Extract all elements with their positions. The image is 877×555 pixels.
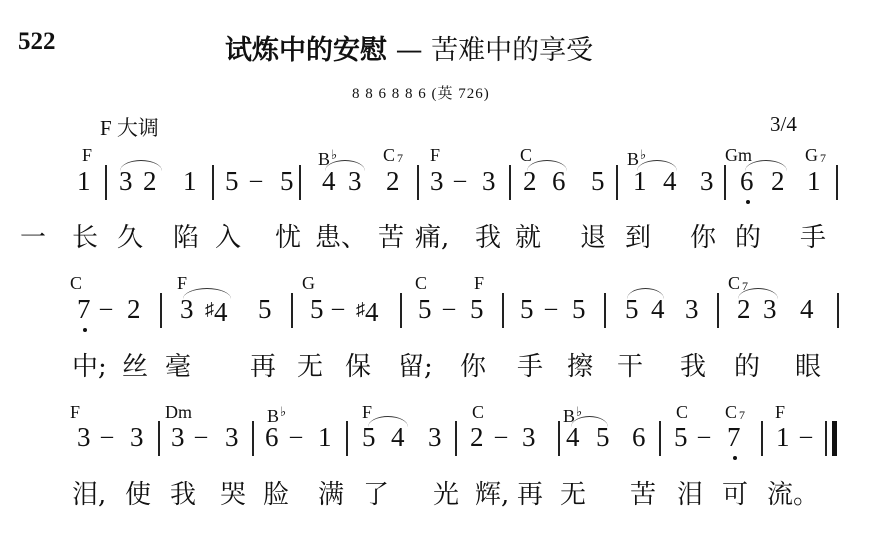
hold-dash: – bbox=[195, 423, 207, 450]
slur bbox=[120, 160, 162, 171]
time-signature: 3/4 bbox=[770, 112, 797, 137]
note-numeral: 3 bbox=[428, 424, 442, 451]
note-numeral: 3 bbox=[171, 424, 185, 451]
note-numeral: 3 bbox=[180, 296, 194, 323]
lyric-syllable: 一 bbox=[20, 224, 46, 252]
lyric-syllable: 保 bbox=[345, 353, 371, 381]
hold-dash: – bbox=[250, 167, 262, 194]
note-numeral: 6 bbox=[632, 424, 646, 451]
note-numeral: 1 bbox=[776, 424, 790, 451]
note-numeral: 2 bbox=[771, 168, 785, 195]
hold-dash: – bbox=[443, 295, 455, 322]
low-octave-dot bbox=[733, 456, 737, 460]
lyric-syllable: 入 bbox=[215, 224, 241, 252]
note-numeral: 5 bbox=[674, 424, 688, 451]
note-numeral: 1 bbox=[807, 168, 821, 195]
hold-dash: – bbox=[545, 295, 557, 322]
chord-extension: 7 bbox=[397, 151, 403, 165]
hold-dash: – bbox=[100, 295, 112, 322]
slur bbox=[627, 288, 664, 299]
final-barline-thin bbox=[825, 421, 827, 456]
barline bbox=[509, 165, 511, 200]
note-numeral: 6 bbox=[265, 424, 279, 451]
hold-dash: – bbox=[495, 423, 507, 450]
note-numeral: 7 bbox=[77, 296, 91, 323]
note-numeral: 5 bbox=[418, 296, 432, 323]
flat-sign: ♭ bbox=[640, 147, 646, 162]
flat-sign: ♭ bbox=[280, 404, 286, 419]
key-signature: F 大调 bbox=[100, 112, 159, 142]
lyric-syllable: 我 bbox=[170, 481, 196, 509]
barline bbox=[299, 165, 301, 200]
chord-symbol: G bbox=[302, 274, 315, 292]
note-numeral: 5 bbox=[470, 296, 484, 323]
lyric-syllable: 退 bbox=[580, 224, 606, 252]
note-numeral: 7 bbox=[727, 424, 741, 451]
lyric-syllable: 干 bbox=[617, 353, 643, 381]
lyric-syllable: 丝 bbox=[122, 353, 148, 381]
lyric-syllable: 使 bbox=[125, 481, 151, 509]
barline bbox=[455, 421, 457, 456]
lyric-syllable: 的 bbox=[734, 353, 760, 381]
barline bbox=[417, 165, 419, 200]
lyric-syllable: 无 bbox=[297, 353, 323, 381]
note-numeral: 1 bbox=[183, 168, 197, 195]
hold-dash: – bbox=[332, 295, 344, 322]
barline bbox=[604, 293, 606, 328]
note-numeral: 6 bbox=[552, 168, 566, 195]
barline bbox=[346, 421, 348, 456]
flat-sign: ♭ bbox=[331, 147, 337, 162]
note-numeral: ♯4 bbox=[205, 296, 228, 326]
lyric-syllable: 留; bbox=[398, 353, 433, 381]
lyric-syllable: 到 bbox=[625, 224, 651, 252]
note-numeral: ♯4 bbox=[356, 296, 379, 326]
chord-extension: 7 bbox=[820, 151, 826, 165]
note-numeral: 4 bbox=[566, 424, 580, 451]
chord-symbol: F bbox=[430, 146, 440, 164]
note-numeral: 5 bbox=[362, 424, 376, 451]
barline bbox=[502, 293, 504, 328]
note-numeral: 3 bbox=[77, 424, 91, 451]
barline bbox=[212, 165, 214, 200]
note-numeral: 3 bbox=[119, 168, 133, 195]
barline bbox=[836, 165, 838, 200]
meter-info: 8 8 6 8 8 6 (英 726) bbox=[352, 82, 490, 103]
note-numeral: 4 bbox=[322, 168, 336, 195]
chord-symbol: Dm bbox=[165, 403, 192, 421]
lyric-syllable: 流。 bbox=[767, 481, 819, 509]
note-numeral: 3 bbox=[685, 296, 699, 323]
barline bbox=[291, 293, 293, 328]
barline bbox=[761, 421, 763, 456]
lyric-syllable: 久 bbox=[117, 224, 143, 252]
note-numeral: 2 bbox=[143, 168, 157, 195]
note-numeral: 6 bbox=[740, 168, 754, 195]
lyric-syllable: 陷 bbox=[173, 224, 199, 252]
lyric-syllable: 就 bbox=[515, 224, 541, 252]
note-numeral: 1 bbox=[318, 424, 332, 451]
note-numeral: 3 bbox=[700, 168, 714, 195]
note-numeral: 2 bbox=[386, 168, 400, 195]
lyric-syllable: 辉, bbox=[475, 481, 509, 509]
lyric-syllable: 我 bbox=[680, 353, 706, 381]
low-octave-dot bbox=[746, 200, 750, 204]
lyric-syllable: 可 bbox=[722, 481, 748, 509]
chord-symbol: C7 bbox=[725, 403, 745, 424]
barline bbox=[158, 421, 160, 456]
barline bbox=[252, 421, 254, 456]
chord-symbol: Gm bbox=[725, 146, 752, 164]
barline bbox=[558, 421, 560, 456]
chord-symbol: C bbox=[676, 403, 688, 421]
slur bbox=[368, 416, 408, 427]
lyric-syllable: 擦 bbox=[567, 353, 593, 381]
note-numeral: 3 bbox=[430, 168, 444, 195]
hymn-title: 试炼中的安慰 — 苦难中的享受 bbox=[225, 28, 593, 67]
lyric-syllable: 你 bbox=[460, 353, 486, 381]
hold-dash: – bbox=[101, 423, 113, 450]
note-numeral: 5 bbox=[258, 296, 272, 323]
lyric-syllable: 眼 bbox=[795, 353, 821, 381]
note-numeral: 3 bbox=[763, 296, 777, 323]
barline bbox=[659, 421, 661, 456]
note-numeral: 4 bbox=[651, 296, 665, 323]
note-numeral: 2 bbox=[127, 296, 141, 323]
hymn-number: 522 bbox=[18, 28, 56, 56]
chord-symbol: C bbox=[415, 274, 427, 292]
slur bbox=[571, 416, 608, 427]
lyric-syllable: 再 bbox=[517, 481, 543, 509]
lyric-syllable: 手 bbox=[800, 224, 826, 252]
barline bbox=[105, 165, 107, 200]
barline bbox=[616, 165, 618, 200]
lyric-syllable: 哭 bbox=[220, 481, 246, 509]
note-numeral: 1 bbox=[77, 168, 91, 195]
lyric-syllable: 长 bbox=[72, 224, 98, 252]
chord-symbol: C bbox=[520, 146, 532, 164]
lyric-syllable: 苦 bbox=[630, 481, 656, 509]
title-main: 试炼中的安慰 bbox=[225, 35, 387, 66]
chord-symbol: F bbox=[70, 403, 80, 421]
sharp-sign: ♯ bbox=[205, 299, 214, 319]
slur bbox=[183, 288, 231, 299]
lyric-syllable: 我 bbox=[475, 224, 501, 252]
slur bbox=[527, 160, 567, 171]
note-numeral: 3 bbox=[225, 424, 239, 451]
note-numeral: 5 bbox=[596, 424, 610, 451]
lyric-syllable: 再 bbox=[250, 353, 276, 381]
barline bbox=[724, 165, 726, 200]
note-numeral: 3 bbox=[522, 424, 536, 451]
lyric-syllable: 忧 bbox=[275, 224, 301, 252]
chord-symbol: G7 bbox=[805, 146, 826, 167]
title-subtitle: 苦难中的享受 bbox=[431, 35, 593, 66]
note-numeral: 2 bbox=[737, 296, 751, 323]
note-numeral: 4 bbox=[800, 296, 814, 323]
chord-symbol: F bbox=[82, 146, 92, 164]
hold-dash: – bbox=[454, 167, 466, 194]
note-numeral: 3 bbox=[348, 168, 362, 195]
note-numeral: 3 bbox=[482, 168, 496, 195]
note-numeral: 2 bbox=[470, 424, 484, 451]
lyric-syllable: 手 bbox=[517, 353, 543, 381]
hold-dash: – bbox=[290, 423, 302, 450]
chord-symbol: F bbox=[362, 403, 372, 421]
note-numeral: 3 bbox=[130, 424, 144, 451]
lyric-syllable: 毫 bbox=[165, 353, 191, 381]
note-numeral: 4 bbox=[391, 424, 405, 451]
final-barline-thick bbox=[832, 421, 837, 456]
lyric-syllable: 苦 bbox=[378, 224, 404, 252]
hold-dash: – bbox=[698, 423, 710, 450]
lyric-syllable: 泪, bbox=[72, 481, 106, 509]
lyric-syllable: 患、 bbox=[315, 224, 367, 252]
note-numeral: 4 bbox=[663, 168, 677, 195]
chord-symbol: F bbox=[775, 403, 785, 421]
note-numeral: 5 bbox=[280, 168, 294, 195]
hold-dash: – bbox=[800, 423, 812, 450]
barline bbox=[160, 293, 162, 328]
lyric-syllable: 中; bbox=[72, 353, 107, 381]
lyric-syllable: 的 bbox=[735, 224, 761, 252]
chord-symbol: F bbox=[474, 274, 484, 292]
barline bbox=[837, 293, 839, 328]
note-numeral: 5 bbox=[625, 296, 639, 323]
note-numeral: 5 bbox=[225, 168, 239, 195]
note-numeral: 1 bbox=[633, 168, 647, 195]
note-numeral: 5 bbox=[310, 296, 324, 323]
chord-symbol: C bbox=[472, 403, 484, 421]
note-numeral: 5 bbox=[520, 296, 534, 323]
lyric-syllable: 痛, bbox=[415, 224, 449, 252]
lyric-syllable: 了 bbox=[363, 481, 389, 509]
barline bbox=[717, 293, 719, 328]
barline bbox=[400, 293, 402, 328]
lyric-syllable: 无 bbox=[560, 481, 586, 509]
chord-symbol: F bbox=[177, 274, 187, 292]
lyric-syllable: 泪 bbox=[677, 481, 703, 509]
lyric-syllable: 你 bbox=[690, 224, 716, 252]
lyric-syllable: 光 bbox=[433, 481, 459, 509]
chord-symbol: C7 bbox=[383, 146, 403, 167]
lyric-syllable: 满 bbox=[318, 481, 344, 509]
note-numeral: 5 bbox=[572, 296, 586, 323]
note-numeral: 5 bbox=[591, 168, 605, 195]
lyric-syllable: 脸 bbox=[263, 481, 289, 509]
note-numeral: 2 bbox=[523, 168, 537, 195]
title-dash: — bbox=[387, 35, 431, 66]
low-octave-dot bbox=[83, 328, 87, 332]
chord-extension: 7 bbox=[739, 408, 745, 422]
chord-symbol: C bbox=[70, 274, 82, 292]
sharp-sign: ♯ bbox=[356, 299, 365, 319]
